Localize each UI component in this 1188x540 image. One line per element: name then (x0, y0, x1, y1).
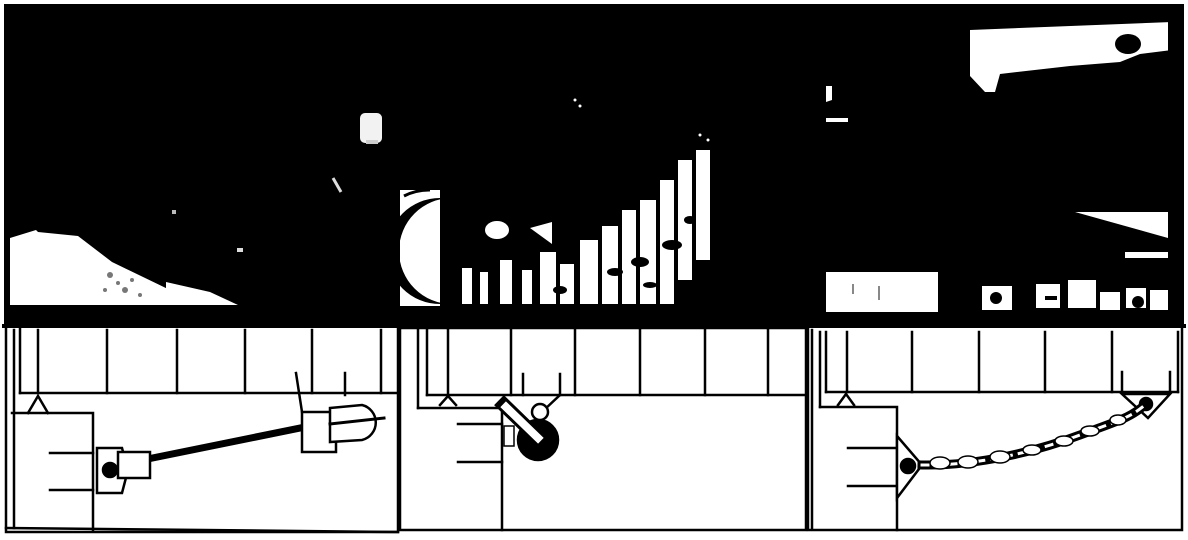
figure (0, 0, 1188, 540)
figure-canvas (0, 0, 1188, 540)
photo-strip (4, 4, 1184, 326)
